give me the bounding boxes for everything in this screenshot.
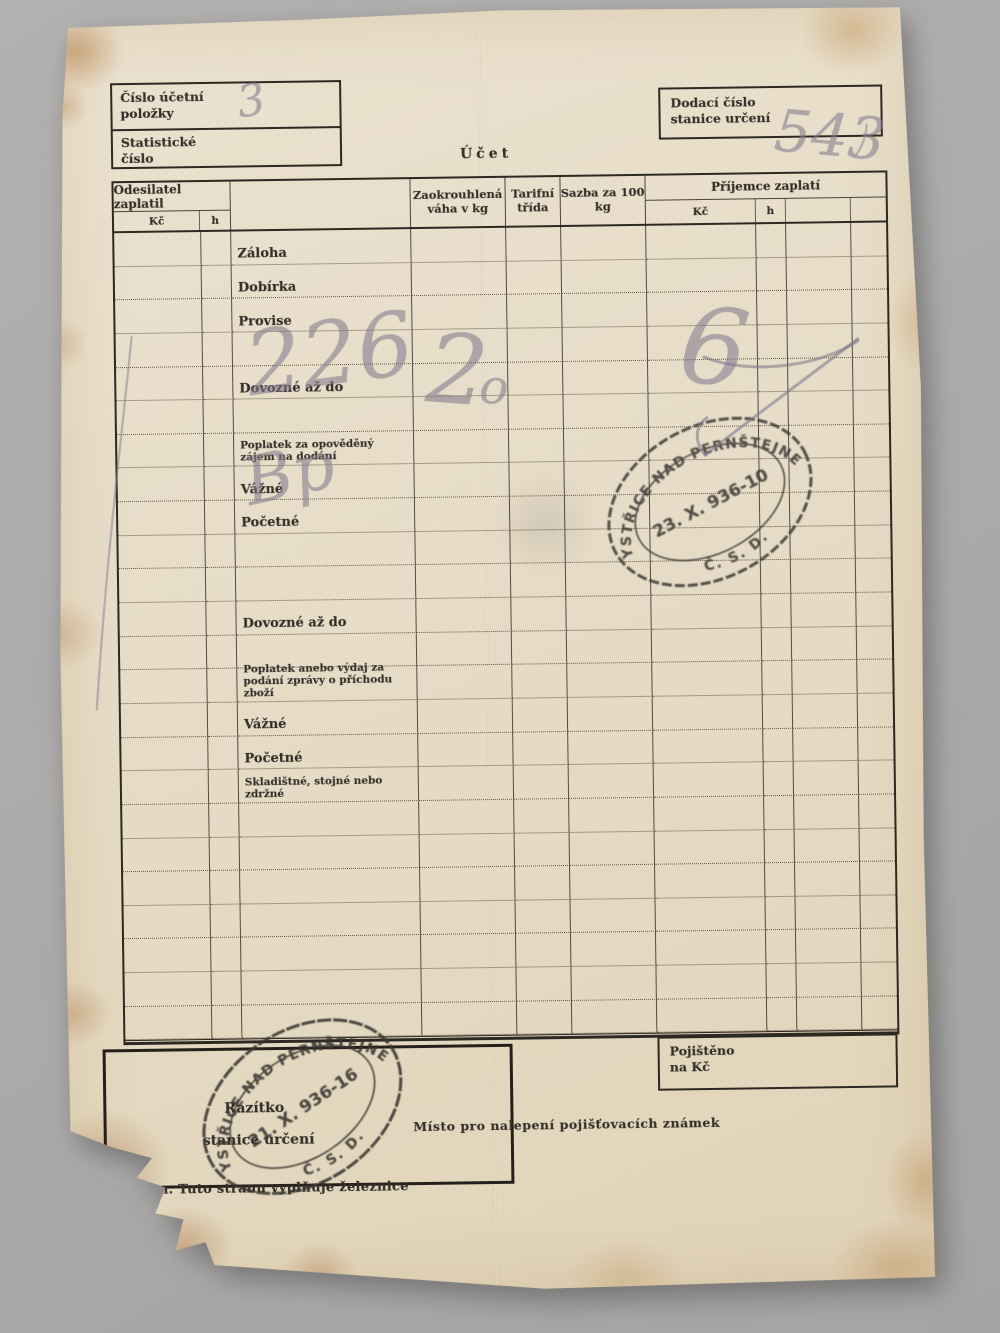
value-cell: [415, 497, 510, 532]
value-cell: [762, 628, 792, 662]
value-cell: [515, 900, 570, 934]
value-cell: [795, 828, 860, 863]
value-cell: [124, 972, 211, 1007]
value-cell: [417, 665, 512, 700]
value-cell: [115, 299, 202, 334]
value-cell: [123, 871, 210, 906]
value-cell: [788, 391, 853, 426]
value-cell: [652, 628, 762, 663]
value-cell: [852, 323, 887, 357]
header-rounded-weight: Zaokrouhlená váha v kg: [410, 178, 506, 227]
value-cell: [647, 258, 757, 293]
value-cell: [765, 829, 795, 863]
value-cell: [122, 804, 209, 839]
row-label-cell: Dovozné až do: [236, 599, 416, 635]
value-cell: [652, 662, 762, 697]
row-label-cell: Početné: [238, 734, 418, 770]
value-cell: [859, 761, 894, 795]
value-cell: [117, 434, 204, 469]
value-cell: [794, 795, 859, 830]
row-label: Vážné: [244, 718, 287, 733]
value-cell: [570, 899, 655, 934]
header-receiver-h: h: [756, 199, 786, 222]
row-label-cell: [235, 532, 415, 568]
value-cell: [118, 535, 205, 570]
value-cell: [797, 997, 862, 1032]
value-cell: [210, 871, 240, 905]
value-cell: [421, 968, 516, 1003]
value-cell: [765, 897, 795, 931]
row-label-cell: [236, 565, 416, 601]
value-cell: [121, 737, 208, 772]
header-receiver-kc: Kč: [646, 199, 756, 224]
header-receiver-pays-label: Příjemce zaplatí: [645, 172, 885, 200]
value-cell: [507, 294, 562, 328]
statistical-number-row: Statistické číslo: [113, 128, 340, 165]
header-sender-kc: Kč: [114, 211, 201, 231]
value-cell: [413, 396, 508, 431]
value-cell: [207, 635, 237, 669]
value-cell: [764, 796, 794, 830]
value-cell: [766, 964, 796, 998]
row-label-cell: Početné: [235, 498, 415, 534]
value-cell: [120, 669, 207, 704]
row-label-cell: [233, 330, 413, 366]
value-cell: [765, 863, 795, 897]
row-label: Poplatek za opověděný zájem na dodání: [240, 437, 409, 463]
value-cell: [510, 496, 565, 530]
value-cell: [571, 932, 656, 967]
value-cell: [417, 631, 512, 666]
value-cell: [655, 863, 765, 898]
value-cell: [121, 703, 208, 738]
value-cell: [210, 837, 240, 871]
value-cell: [646, 224, 756, 259]
header-item-column: [230, 179, 411, 230]
value-cell: [795, 896, 860, 931]
value-cell: [791, 593, 856, 628]
header-sender-paid: Odesilatel zaplatil Kč h: [113, 182, 231, 232]
value-cell: [420, 833, 515, 868]
value-cell: [506, 227, 561, 261]
value-cell: [122, 770, 209, 805]
value-cell: [854, 458, 889, 492]
value-cell: [509, 429, 564, 463]
value-cell: [786, 223, 851, 258]
value-cell: [861, 962, 896, 996]
value-cell: [119, 568, 206, 603]
value-cell: [516, 933, 571, 967]
value-cell: [420, 867, 515, 902]
row-label-cell: [240, 868, 420, 904]
value-cell: [119, 602, 206, 637]
value-cell: [508, 328, 563, 362]
value-cell: [211, 938, 241, 972]
value-cell: [862, 996, 897, 1030]
value-cell: [204, 433, 234, 467]
header-rate: Sazba za 100 kg: [560, 176, 646, 225]
value-cell: [509, 462, 564, 496]
header-receiver-pays: Příjemce zaplatí Kč h: [645, 172, 886, 223]
photo-background: Číslo účetní položky Statistické číslo D…: [0, 0, 1000, 1333]
row-label-cell: Dovozné až do: [233, 364, 413, 400]
header-sender-h: h: [200, 211, 230, 230]
value-cell: [571, 966, 656, 1001]
row-label-cell: [241, 902, 421, 938]
value-cell: [209, 770, 239, 804]
value-cell: [116, 333, 203, 368]
value-cell: [572, 999, 657, 1034]
value-cell: [517, 1001, 572, 1035]
value-cell: [515, 832, 570, 866]
document-paper: Číslo účetní položky Statistické číslo D…: [47, 2, 937, 1298]
row-label-cell: [240, 835, 420, 871]
value-cell: [766, 930, 796, 964]
insured-amount-label: Pojištěno na Kč: [670, 1042, 756, 1076]
value-cell: [860, 862, 895, 896]
row-label: Skladištné, stojné nebo zdržné: [245, 774, 414, 800]
value-cell: [654, 762, 764, 797]
value-cell: [120, 636, 207, 671]
value-cell: [206, 602, 236, 636]
accounting-number-box: Číslo účetní položky Statistické číslo: [110, 80, 342, 169]
value-cell: [202, 299, 232, 333]
value-cell: [757, 257, 787, 291]
value-cell: [415, 530, 510, 565]
value-cell: [411, 228, 506, 263]
value-cell: [562, 259, 647, 294]
value-cell: [851, 222, 886, 256]
value-cell: [763, 695, 793, 729]
value-cell: [794, 761, 859, 796]
value-cell: [569, 764, 654, 799]
value-cell: [657, 998, 767, 1033]
value-cell: [764, 762, 794, 796]
value-cell: [419, 800, 514, 835]
value-cell: [570, 831, 655, 866]
value-cell: [856, 559, 891, 593]
value-cell: [418, 732, 513, 767]
value-cell: [421, 901, 516, 936]
value-cell: [570, 865, 655, 900]
value-cell: [421, 934, 516, 969]
value-cell: [853, 357, 888, 391]
value-cell: [653, 695, 763, 730]
value-cell: [514, 765, 569, 799]
value-cell: [512, 631, 567, 665]
value-cell: [508, 362, 563, 396]
value-cell: [855, 492, 890, 526]
value-cell: [208, 736, 238, 770]
header-sender-paid-label: Odesilatel zaplatil: [113, 182, 229, 213]
value-cell: [201, 232, 231, 266]
value-cell: [853, 391, 888, 425]
value-cell: [507, 261, 562, 295]
value-cell: [114, 232, 201, 267]
value-cell: [116, 367, 203, 402]
row-label-cell: Provise: [232, 296, 412, 332]
value-cell: [124, 938, 211, 973]
value-cell: [562, 293, 647, 328]
delivery-number-label: Dodací číslo stanice určení: [670, 94, 788, 127]
value-cell: [569, 798, 654, 833]
value-cell: [412, 295, 507, 330]
value-cell: [656, 931, 766, 966]
value-cell: [852, 290, 887, 324]
row-label: Vážné: [241, 483, 284, 498]
value-cell: [857, 626, 892, 660]
value-cell: [516, 967, 571, 1001]
value-cell: [563, 327, 648, 362]
row-label-cell: Skladištné, stojné nebo zdržné: [239, 767, 419, 803]
value-cell: [563, 360, 648, 395]
value-cell: [413, 362, 508, 397]
value-cell: [209, 803, 239, 837]
value-cell: [787, 257, 852, 292]
value-cell: [207, 669, 237, 703]
value-cell: [655, 830, 765, 865]
row-label: Poplatek anebo výdaj za podání zprávy o …: [243, 661, 412, 700]
value-cell: [202, 265, 232, 299]
value-cell: [654, 796, 764, 831]
value-cell: [796, 963, 861, 998]
row-label: Provise: [238, 314, 292, 329]
value-cell: [124, 905, 211, 940]
value-cell: [414, 430, 509, 465]
value-cell: [854, 424, 889, 458]
table-body: ZálohaDobírkaProviseDovozné až doPoplate…: [114, 222, 897, 1043]
paper-wrap: Číslo účetní položky Statistické číslo D…: [47, 2, 937, 1298]
value-cell: [203, 366, 233, 400]
value-cell: [767, 998, 797, 1032]
value-cell: [787, 324, 852, 359]
row-label: Dobírka: [238, 281, 296, 296]
row-label: Dovozné až do: [243, 616, 347, 632]
value-cell: [757, 291, 787, 325]
row-label-cell: Záloha: [231, 229, 411, 265]
row-label-cell: Vážné: [238, 700, 418, 736]
value-cell: [208, 703, 238, 737]
accounting-item-number-label: Číslo účetní položky: [120, 89, 220, 122]
row-label: Dovozné až do: [239, 381, 343, 397]
value-cell: [793, 694, 858, 729]
value-cell: [860, 828, 895, 862]
row-label: Záloha: [237, 247, 287, 262]
value-cell: [418, 699, 513, 734]
value-cell: [567, 663, 652, 698]
row-label-cell: Dobírka: [232, 263, 412, 299]
header-tariff-class: Tarifní třída: [505, 177, 561, 226]
value-cell: [508, 395, 563, 429]
row-label-cell: Poplatek anebo výdaj za podání zprávy o …: [237, 666, 417, 702]
header-extra-col-1: [786, 198, 851, 222]
value-cell: [795, 862, 860, 897]
value-cell: [852, 256, 887, 290]
value-cell: [563, 394, 648, 429]
value-cell: [653, 729, 763, 764]
value-cell: [511, 597, 566, 631]
row-label-cell: Vážné: [234, 465, 414, 501]
value-cell: [416, 598, 511, 633]
value-cell: [855, 525, 890, 559]
value-cell: [116, 400, 203, 435]
value-cell: [123, 837, 210, 872]
accounting-item-number-row: Číslo účetní položky: [112, 82, 340, 131]
value-cell: [647, 292, 757, 327]
header-extra-col-2: [851, 197, 886, 220]
value-cell: [757, 325, 787, 359]
value-cell: [796, 929, 861, 964]
value-cell: [412, 261, 507, 296]
value-cell: [211, 904, 241, 938]
value-cell: [419, 766, 514, 801]
value-cell: [858, 727, 893, 761]
value-cell: [763, 728, 793, 762]
row-label: Početné: [244, 752, 302, 767]
value-cell: [118, 501, 205, 536]
value-cell: [858, 693, 893, 727]
value-cell: [561, 226, 646, 261]
value-cell: [422, 1001, 517, 1036]
page-title: Účet: [421, 145, 551, 163]
value-cell: [211, 972, 241, 1006]
value-cell: [510, 530, 565, 564]
row-label-cell: [239, 801, 419, 837]
row-label-cell: [241, 935, 421, 971]
value-cell: [568, 730, 653, 765]
value-cell: [413, 329, 508, 364]
delivery-number-box: Dodací číslo stanice určení: [658, 84, 883, 139]
value-cell: [656, 964, 766, 999]
value-cell: [861, 929, 896, 963]
value-cell: [513, 698, 568, 732]
value-cell: [756, 224, 786, 258]
value-cell: [788, 357, 853, 392]
value-cell: [761, 594, 791, 628]
row-label: Početné: [241, 516, 299, 531]
value-cell: [568, 697, 653, 732]
value-cell: [792, 627, 857, 662]
value-cell: [515, 866, 570, 900]
value-cell: [511, 563, 566, 597]
value-cell: [203, 400, 233, 434]
value-cell: [205, 534, 235, 568]
value-cell: [512, 664, 567, 698]
value-cell: [791, 559, 856, 594]
value-cell: [787, 290, 852, 325]
value-cell: [793, 728, 858, 763]
insured-amount-box: Pojištěno na Kč: [657, 1033, 898, 1090]
value-cell: [792, 660, 857, 695]
value-cell: [655, 897, 765, 932]
value-cell: [212, 1005, 242, 1039]
value-cell: [203, 333, 233, 367]
value-cell: [648, 325, 758, 360]
value-cell: [117, 467, 204, 502]
value-cell: [125, 1006, 212, 1041]
value-cell: [860, 895, 895, 929]
value-cell: [115, 266, 202, 301]
value-cell: [514, 799, 569, 833]
value-cell: [513, 732, 568, 766]
row-label-cell: [233, 397, 413, 433]
value-cell: [567, 629, 652, 664]
value-cell: [859, 794, 894, 828]
value-cell: [857, 660, 892, 694]
account-table: Odesilatel zaplatil Kč h Zaokrouhlená vá…: [111, 170, 899, 1045]
row-label-cell: Poplatek za opověděný zájem na dodání: [234, 431, 414, 467]
value-cell: [204, 467, 234, 501]
value-cell: [414, 463, 509, 498]
value-cell: [205, 501, 235, 535]
value-cell: [856, 592, 891, 626]
value-cell: [416, 564, 511, 599]
statistical-number-label: Statistické číslo: [121, 134, 221, 167]
value-cell: [762, 661, 792, 695]
value-cell: [206, 568, 236, 602]
